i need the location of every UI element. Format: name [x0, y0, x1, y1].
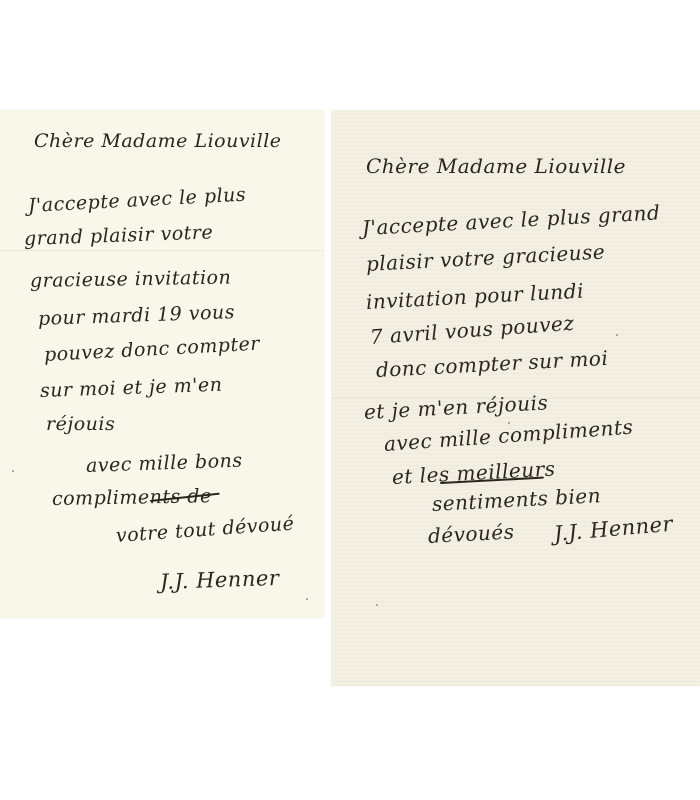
- closing-line: votre tout dévoué: [115, 513, 295, 547]
- body-line: gracieuse invitation: [30, 266, 232, 292]
- body-line: 7 avril vous pouvez: [369, 311, 575, 349]
- salutation: Chère Madame Liouville: [34, 130, 282, 152]
- signature: J.J. Henner: [160, 566, 280, 594]
- body-line: sur moi et je m'en: [40, 374, 223, 402]
- letter-left: Chère Madame Liouville J'accepte avec le…: [0, 110, 324, 618]
- closing-line: sentiments bien: [431, 483, 601, 516]
- paper-speck: [616, 334, 618, 336]
- paper-speck: [306, 598, 308, 600]
- paper-speck: [376, 604, 378, 606]
- body-line: pouvez donc compter: [43, 333, 260, 366]
- body-line: J'accepte avec le plus grand: [361, 200, 660, 240]
- closing-line: avec mille bons: [86, 450, 243, 477]
- body-line: pour mardi 19 vous: [38, 301, 236, 330]
- body-line: réjouis: [46, 413, 115, 435]
- body-line: invitation pour lundi: [365, 279, 584, 314]
- salutation: Chère Madame Liouville: [366, 154, 626, 178]
- paper-speck: [12, 470, 14, 472]
- closing-line: et les meilleurs: [391, 456, 556, 489]
- letter-right: Chère Madame Liouville J'accepte avec le…: [332, 110, 700, 686]
- body-line: J'accepte avec le plus: [27, 184, 246, 217]
- body-line: donc compter sur moi: [375, 346, 608, 382]
- body-line: plaisir votre gracieuse: [365, 239, 605, 275]
- signature: J.J. Henner: [553, 512, 674, 546]
- closing-line: dévoués: [427, 519, 515, 547]
- paper-fold: [0, 250, 324, 251]
- body-line: et je m'en réjouis: [363, 390, 548, 424]
- body-line: grand plaisir votre: [24, 221, 214, 250]
- paper-speck: [508, 422, 510, 424]
